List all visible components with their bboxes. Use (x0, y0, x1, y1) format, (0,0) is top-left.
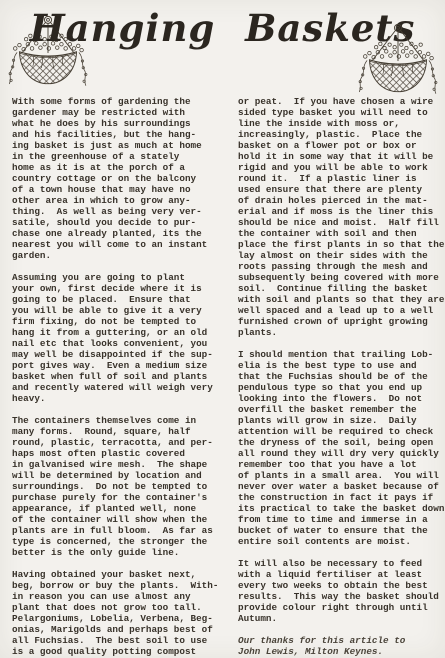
article-body: With some forms of gardening the gardene… (0, 96, 445, 658)
paragraph-lining-and-filling: or peat. If you have chosen a wire sided… (238, 96, 445, 338)
article-page: Hanging Baskets With some forms of garde… (0, 0, 445, 658)
paragraph-planting-placement: Assuming you are going to plant your own… (12, 272, 222, 404)
hanging-basket-illustration-right (354, 22, 442, 106)
left-column: With some forms of gardening the gardene… (12, 96, 222, 658)
attribution: Our thanks for this article to John Lewi… (238, 635, 445, 657)
right-column: or peat. If you have chosen a wire sided… (238, 96, 445, 658)
paragraph-lobelia-and-watering: I should mention that trailing Lob- elia… (238, 349, 445, 547)
paragraph-container-types: The containers themselves come in many f… (12, 415, 222, 558)
paragraph-plant-choices: Having obtained your basket next, beg, b… (12, 569, 222, 657)
paragraph-gardening-intro: With some forms of gardening the gardene… (12, 96, 222, 261)
article-header: Hanging Baskets (0, 0, 445, 94)
paragraph-feeding: It will also be necessary to feed with a… (238, 558, 445, 624)
